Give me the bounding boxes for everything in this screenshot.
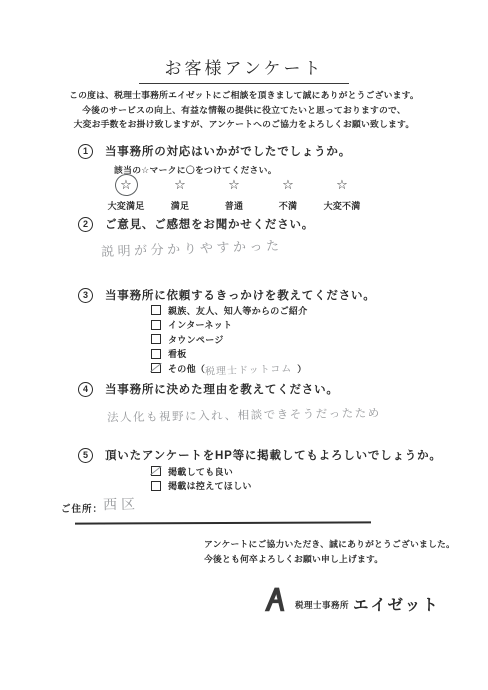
intro-line-3: 大変お手数をお掛け致しますが、アンケートへのご協力をよろしくお願い致します。 [0,117,488,132]
rating-scale: ☆ 大変満足 ☆ 満足 ☆ 普通 ☆ 不満 ☆ 大変不満 [99,176,369,212]
star-icon: ☆ [174,177,186,193]
intro-line-2: 今後のサービスの向上、有益な情報の提供に役立てたいと思っておりますので、 [0,103,488,118]
question-5-options: 掲載しても良い 掲載は控えてほしい [151,464,252,493]
question-1: 1 当事務所の対応はいかがでしたでしょうか。 [78,143,351,159]
survey-document: お客様アンケート この度は、税理士事務所エイゼットにご相談を頂きまして誠にありが… [0,0,488,690]
option-publish-no: 掲載は控えてほしい [151,479,252,494]
option-internet: インターネット [151,318,308,333]
question-2-text: ご意見、ご感想をお聞かせください。 [105,216,314,232]
question-5-text: 頂いたアンケートをHP等に掲載してもよろしいでしょうか。 [105,447,442,463]
option-other-close-paren: ） [297,362,306,375]
address-handwritten-value: 西区 [103,494,139,515]
star-icon: ☆ [228,177,240,193]
checkbox-icon [151,305,161,315]
question-2-handwritten-answer: 説明が分かりやすかった [101,235,283,260]
question-4-text: 当事務所に決めた理由を教えてください。 [105,381,339,397]
checkbox-icon [151,349,161,359]
company-name: エイゼット [353,593,440,615]
question-3-options: 親族、友人、知人等からのご紹介 インターネット タウンページ 看板 その他（ 税… [151,303,308,376]
rating-option-satisfied: ☆ 満足 [153,176,207,212]
question-3-text: 当事務所に依頼するきっかけを教えてください。 [105,287,376,303]
star-icon: ☆ [120,177,132,193]
intro-line-1: この度は、税理士事務所エイゼットにご相談を頂きまして誠にありがとうございます。 [0,88,488,103]
rating-label: 大変満足 [99,199,153,212]
star-icon: ☆ [336,177,348,193]
title-wrap: お客様アンケート [0,54,488,84]
intro-paragraph: この度は、税理士事務所エイゼットにご相談を頂きまして誠にありがとうございます。 … [0,88,488,132]
question-4-handwritten-answer: 法人化も視野に入れ、相談できそうだったため [107,405,381,426]
question-2-number: 2 [78,217,93,232]
checkbox-icon [151,466,161,476]
option-townpage: タウンページ [151,332,308,347]
checkbox-icon [151,363,161,373]
rating-label: 普通 [207,199,261,212]
closing-line-2: 今後とも何卒よろしくお願い申し上げます。 [204,552,455,567]
rating-option-neutral: ☆ 普通 [207,176,261,212]
option-other-handwritten-answer: 税理士ドットコム [205,359,297,377]
option-publish-ok: 掲載しても良い [151,464,252,479]
question-4: 4 当事務所に決めた理由を教えてください。 [78,381,339,397]
company-logo: 税理士事務所 エイゼット [262,585,440,614]
rating-label: 満足 [153,199,207,212]
company-logo-mark-icon [262,585,289,614]
question-5-number: 5 [78,448,93,463]
rating-option-very-satisfied: ☆ 大変満足 [99,176,153,212]
checkbox-icon [151,334,161,344]
rating-label: 大変不満 [315,199,369,212]
address-label: ご住所： [61,501,103,515]
question-4-number: 4 [78,382,93,397]
company-prefix: 税理士事務所 [295,599,349,611]
star-icon: ☆ [282,177,294,193]
divider-line [75,521,371,524]
rating-label: 不満 [261,199,315,212]
question-1-instruction: 該当の☆マークに〇をつけてください。 [114,163,277,176]
closing-line-1: アンケートにご協力いただき、誠にありがとうございました。 [204,537,455,552]
question-2: 2 ご意見、ご感想をお聞かせください。 [78,216,314,232]
closing-message: アンケートにご協力いただき、誠にありがとうございました。 今後とも何卒よろしくお… [204,537,455,566]
question-1-number: 1 [78,144,93,159]
question-3-number: 3 [78,288,93,303]
question-3: 3 当事務所に依頼するきっかけを教えてください。 [78,287,376,303]
rating-option-very-dissatisfied: ☆ 大変不満 [315,176,369,212]
option-referral: 親族、友人、知人等からのご紹介 [151,303,308,318]
question-1-text: 当事務所の対応はいかがでしたでしょうか。 [105,143,351,159]
checkbox-icon [151,320,161,330]
checkbox-icon [151,481,161,491]
option-other: その他（ 税理士ドットコム ） [151,361,308,376]
rating-option-dissatisfied: ☆ 不満 [261,176,315,212]
page-title: お客様アンケート [139,54,350,84]
question-5: 5 頂いたアンケートをHP等に掲載してもよろしいでしょうか。 [78,447,442,463]
